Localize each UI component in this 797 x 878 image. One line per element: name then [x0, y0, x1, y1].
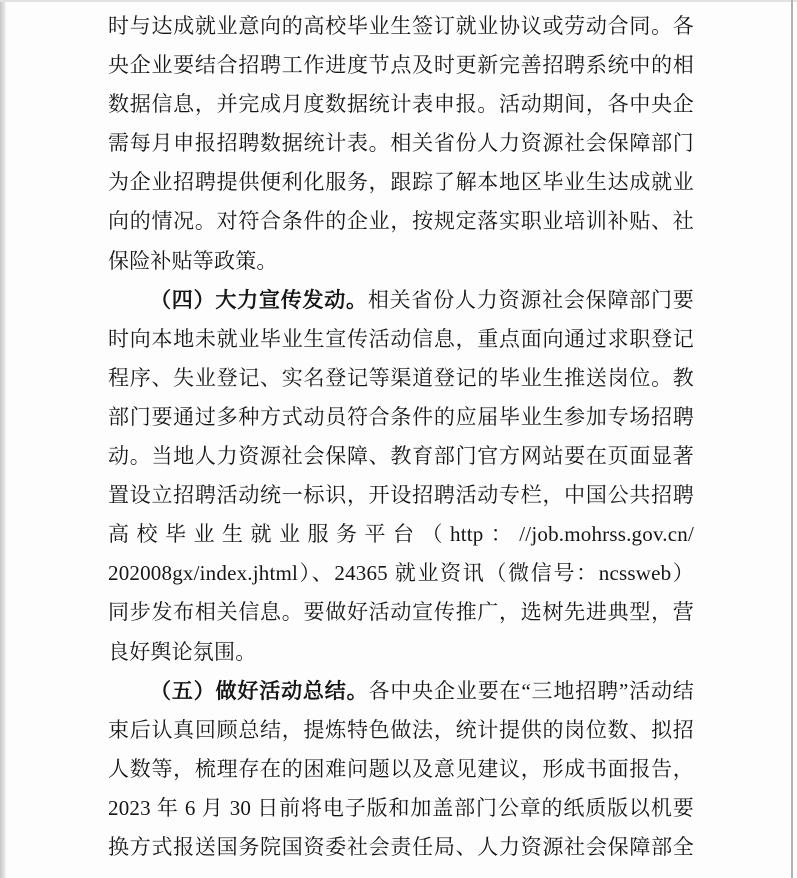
text-line: 为企业招聘提供便利化服务，跟踪了解本地区毕业生达成就业意	[108, 163, 694, 202]
text-line: 时向本地未就业毕业生宣传活动信息，重点面向通过求职登记小	[108, 320, 694, 359]
text-line: 良好舆论氛围。	[108, 633, 694, 672]
scan-right-rule	[791, 0, 793, 878]
text-line-with-url: 202008gx/index.jhtml）、24365 就业资讯（微信号：ncs…	[108, 554, 694, 593]
text-line: 束后认真回顾总结，提炼特色做法，统计提供的岗位数、拟招聘	[108, 711, 694, 750]
text-line: 换方式报送国务院国资委社会责任局、人力资源社会保障部全国	[108, 828, 694, 867]
text-line: 同步发布相关信息。要做好活动宣传推广，选树先进典型，营造	[108, 593, 694, 632]
document-page: 时与达成就业意向的高校毕业生签订就业协议或劳动合同。各中 央企业要结合招聘工作进…	[108, 7, 694, 867]
paragraph-heading: （五）做好活动总结。	[150, 679, 368, 703]
paragraph-heading: （四）大力宣传发动。	[150, 288, 368, 312]
text-line: 向的情况。对符合条件的企业，按规定落实职业培训补贴、社会	[108, 202, 694, 241]
text-line-paragraph-start: （五）做好活动总结。各中央企业要在“三地招聘”活动结	[108, 672, 694, 711]
text-line: 保险补贴等政策。	[108, 242, 694, 281]
text-line: 程序、失业登记、实名登记等渠道登记的毕业生推送岗位。教育	[108, 359, 694, 398]
text-line: 人数等，梳理存在的困难问题以及意见建议，形成书面报告，于	[108, 750, 694, 789]
text-line: 需每月申报招聘数据统计表。相关省份人力资源社会保障部门要	[108, 124, 694, 163]
text-line-paragraph-start: （四）大力宣传发动。相关省份人力资源社会保障部门要及	[108, 281, 694, 320]
text-line: 数据信息，并完成月度数据统计表申报。活动期间，各中央企业	[108, 85, 694, 124]
text-line: 置设立招聘活动统一标识，开设招聘活动专栏，中国公共招聘网	[108, 476, 694, 515]
text-line: 时与达成就业意向的高校毕业生签订就业协议或劳动合同。各中	[108, 7, 694, 46]
text-line-with-url: 高校毕业生就业服务平台（http：//job.mohrss.gov.cn/	[108, 515, 694, 554]
text-line: 部门要通过多种方式动员符合条件的应届毕业生参加专场招聘活	[108, 398, 694, 437]
paragraph-text: 各中央企业要在“三地招聘”活动结	[368, 679, 694, 703]
text-line: 央企业要结合招聘工作进度节点及时更新完善招聘系统中的相关	[108, 46, 694, 85]
text-line: 2023 年 6 月 30 日前将电子版和加盖部门公章的纸质版以机要交	[108, 789, 694, 828]
scan-left-edge	[0, 0, 6, 878]
scan-top-edge	[0, 0, 797, 2]
text-line: 动。当地人力资源社会保障、教育部门官方网站要在页面显著位	[108, 437, 694, 476]
